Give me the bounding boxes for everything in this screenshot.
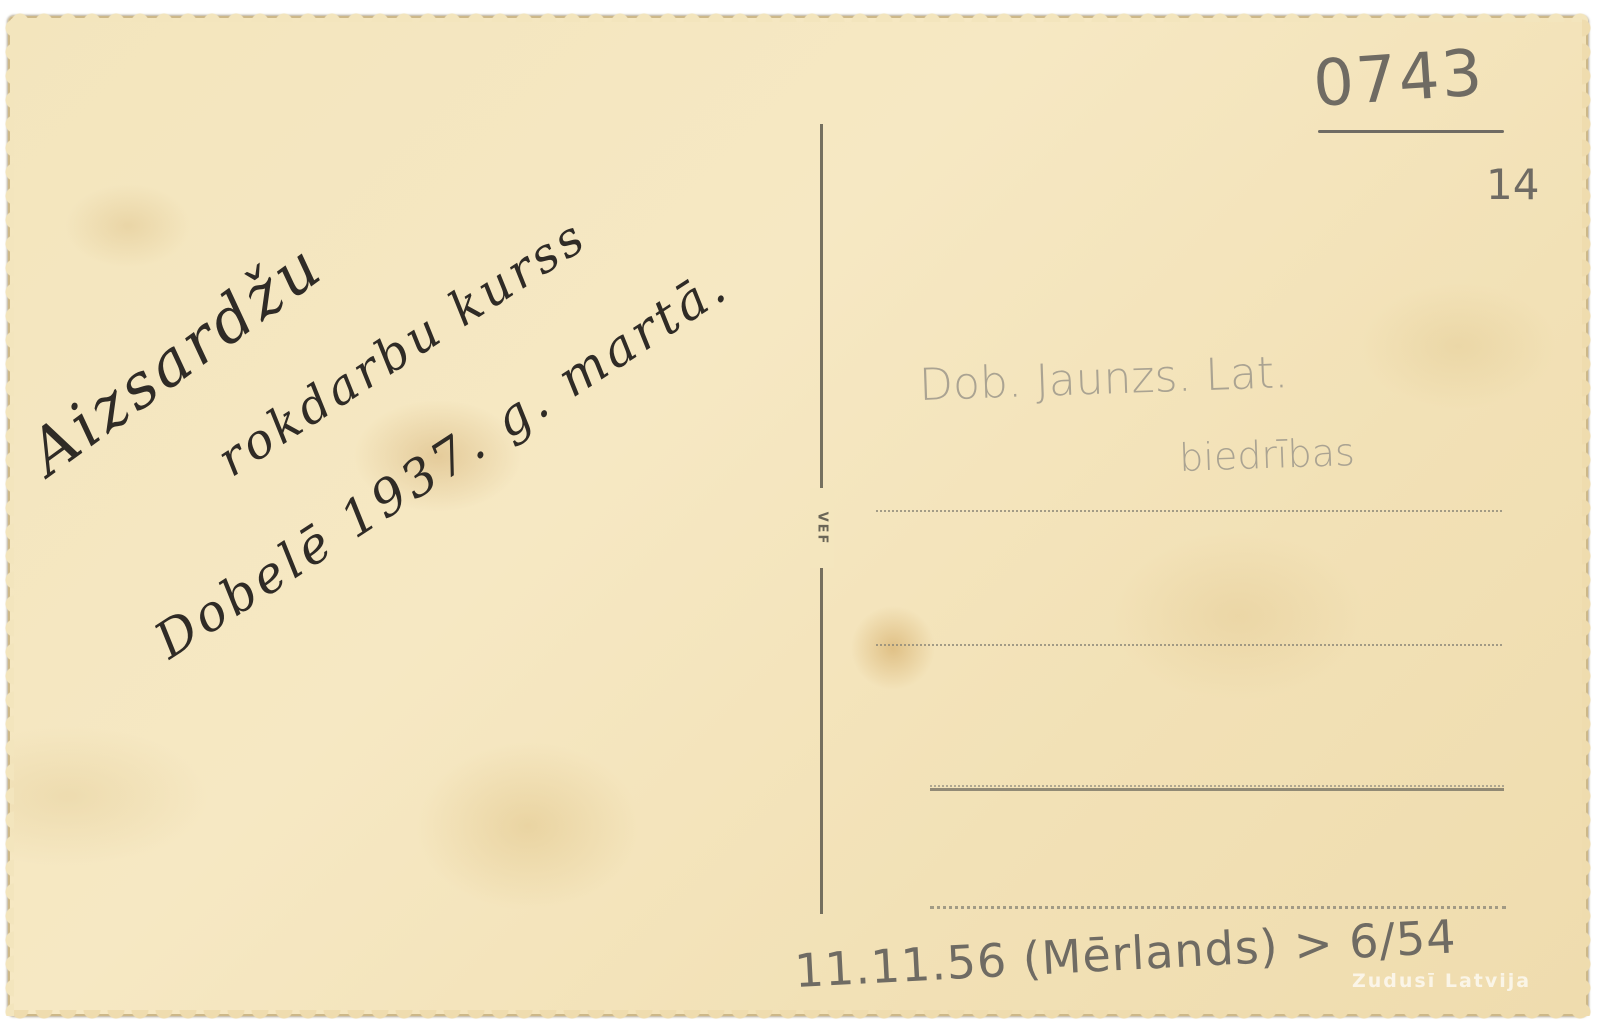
deckle-edge-right	[1582, 16, 1594, 1016]
address-line-4	[930, 906, 1506, 909]
catalog-number-underline	[1318, 130, 1504, 133]
page-number: 14	[1486, 160, 1539, 209]
postcard-back	[8, 16, 1588, 1016]
address-note-line-2: biedrības	[1178, 430, 1355, 480]
postcard-viewer: VEF Aizsardžu rokdarbu kurss Dobelē 1937…	[0, 0, 1600, 1030]
address-line-1	[876, 510, 1502, 512]
address-line-3	[930, 788, 1504, 791]
address-line-2	[876, 644, 1502, 646]
source-watermark: Zudusī Latvija	[1352, 970, 1531, 992]
catalog-number: 0743	[1311, 36, 1487, 122]
divider-imprint-text: VEF	[815, 511, 830, 545]
deckle-edge-left	[2, 16, 14, 1016]
deckle-edge-bottom	[8, 1010, 1588, 1022]
divider-imprint: VEF	[810, 488, 834, 568]
deckle-edge-top	[8, 10, 1588, 22]
